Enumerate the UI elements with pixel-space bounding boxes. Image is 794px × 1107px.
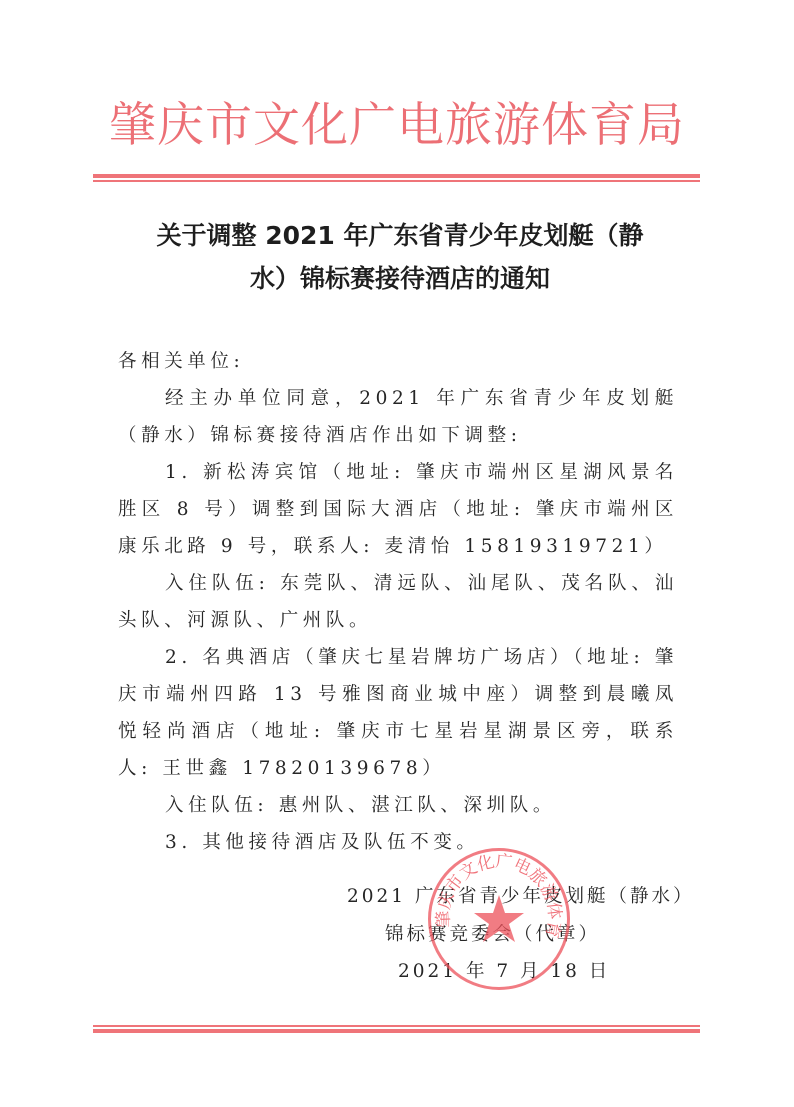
document-title-line2: 水）锦标赛接待酒店的通知 — [100, 257, 700, 300]
item-2-teams: 入住队伍: 惠州队、湛江队、深圳队。 — [118, 787, 678, 824]
document-title: 关于调整 2021 年广东省青少年皮划艇（静 水）锦标赛接待酒店的通知 — [100, 214, 700, 300]
letterhead-rule-thick — [93, 174, 700, 178]
letterhead-rule-thin — [93, 180, 700, 182]
signature-line1: 2021 广东省青少年皮划艇（静水） — [347, 882, 694, 908]
document-body: 各相关单位: 经主办单位同意，2021 年广东省青少年皮划艇（静水）锦标赛接待酒… — [118, 343, 678, 861]
letterhead-org-name: 肇庆市文化广电旅游体育局 — [93, 96, 701, 156]
item-1-teams: 入住队伍: 东莞队、清远队、汕尾队、茂名队、汕头队、河源队、广州队。 — [118, 565, 678, 639]
salutation: 各相关单位: — [118, 343, 678, 380]
intro-paragraph: 经主办单位同意，2021 年广东省青少年皮划艇（静水）锦标赛接待酒店作出如下调整… — [118, 380, 678, 454]
footer-rule-thin — [93, 1025, 700, 1027]
item-3-paragraph: 3. 其他接待酒店及队伍不变。 — [118, 824, 678, 861]
signature-date: 2021 年 7 月 18 日 — [398, 957, 610, 983]
document-page: 肇庆市文化广电旅游体育局 关于调整 2021 年广东省青少年皮划艇（静 水）锦标… — [0, 0, 794, 1107]
document-title-line1: 关于调整 2021 年广东省青少年皮划艇（静 — [100, 214, 700, 257]
item-1-paragraph: 1. 新松涛宾馆（地址: 肇庆市端州区星湖风景名胜区 8 号）调整到国际大酒店（… — [118, 454, 678, 565]
footer-rule-thick — [93, 1029, 700, 1033]
signature-line2: 锦标赛竞委会（代章） — [385, 920, 600, 946]
item-2-paragraph: 2. 名典酒店（肇庆七星岩牌坊广场店）（地址: 肇庆市端州四路 13 号雅图商业… — [118, 639, 678, 787]
